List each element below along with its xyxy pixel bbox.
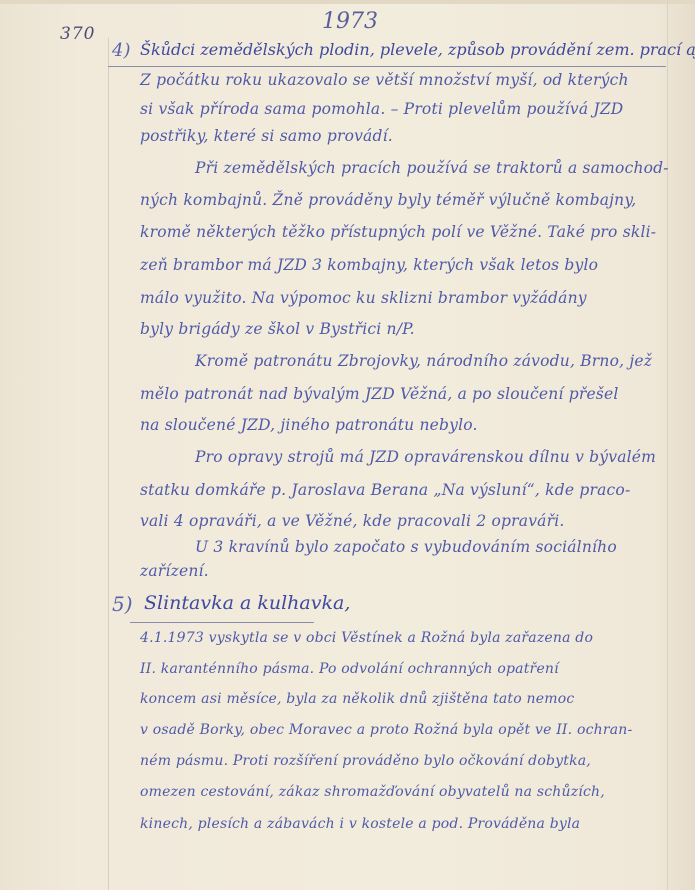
text-line: v osadě Borky, obec Moravec a proto Rožn… xyxy=(140,722,632,738)
text-line: byly brigády ze škol v Bystřici n/P. xyxy=(140,320,415,338)
text-line: statku domkáře p. Jaroslava Berana „Na v… xyxy=(140,481,630,499)
text-line: postřiky, které si samo provádí. xyxy=(140,127,393,145)
text-line: Při zemědělských pracích používá se trak… xyxy=(195,159,669,177)
handwritten-chronicle-page: 370 1973 4) Škůdci zemědělských plodin, … xyxy=(0,0,695,890)
text-line: Z počátku roku ukazovalo se větší množst… xyxy=(140,71,629,89)
text-line: Pro opravy strojů má JZD opravárenskou d… xyxy=(195,448,656,466)
section-5-heading-underline xyxy=(130,622,314,623)
text-line: ných kombajnů. Žně prováděny byly téměř … xyxy=(140,191,636,209)
text-line: U 3 kravínů bylo započato s vybudováním … xyxy=(195,538,617,556)
section-5-number: 5) xyxy=(112,592,133,616)
text-line: zařízení. xyxy=(140,562,209,580)
page-top-edge xyxy=(0,0,695,4)
right-margin-line xyxy=(667,0,668,890)
text-line: vali 4 opraváři, a ve Věžné, kde pracova… xyxy=(140,512,565,530)
text-line: II. karanténního pásma. Po odvolání ochr… xyxy=(140,661,559,677)
text-line: Kromě patronátu Zbrojovky, národního záv… xyxy=(195,352,652,370)
left-margin-line xyxy=(108,38,109,890)
text-line: ném pásmu. Proti rozšíření prováděno byl… xyxy=(140,753,591,769)
section-5-heading: Slintavka a kulhavka, xyxy=(144,592,350,614)
text-line: kinech, plesích a zábavách i v kostele a… xyxy=(140,816,580,832)
section-4-number: 4) xyxy=(112,40,130,61)
text-line: koncem asi měsíce, byla za několik dnů z… xyxy=(140,691,574,707)
text-line: na sloučené JZD, jiného patronátu nebylo… xyxy=(140,416,478,434)
text-line: 4.1.1973 vyskytla se v obci Věstínek a R… xyxy=(140,630,593,646)
text-line: omezen cestování, zákaz shromažďování ob… xyxy=(140,784,605,800)
text-line: mělo patronát nad bývalým JZD Věžná, a p… xyxy=(140,385,619,403)
section-4-heading-underline xyxy=(108,66,666,67)
page-number: 370 xyxy=(60,24,95,44)
text-line: si však příroda sama pomohla. – Proti pl… xyxy=(140,100,623,118)
page-year: 1973 xyxy=(322,9,378,34)
text-line: zeň brambor má JZD 3 kombajny, kterých v… xyxy=(140,256,598,274)
section-4-heading: Škůdci zemědělských plodin, plevele, způ… xyxy=(140,40,695,59)
text-line: málo využito. Na výpomoc ku sklizni bram… xyxy=(140,289,587,307)
text-line: kromě některých těžko přístupných polí v… xyxy=(140,223,656,241)
